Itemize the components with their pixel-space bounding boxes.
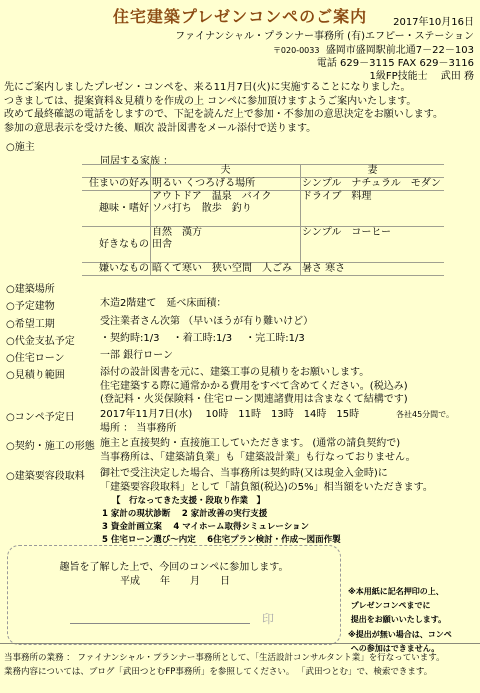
estimate-label: ○見積り範囲 (6, 366, 65, 381)
intro-text: 先にご案内しましたプレゼン・コンペを、来る11月7日(火)に実施することになりま… (4, 81, 443, 135)
schedule-value: 受注業者さん次第 （早いほうが有り難いけど） (100, 315, 313, 329)
site-label: ○建築場所 (6, 280, 55, 295)
footer-divider (0, 643, 480, 644)
address-text: 盛岡市盛岡駅前北通7－22－103 (326, 45, 474, 56)
estimate-value: 添付の設計図書を元に、建築工事の見積りをお願いします。 住宅建築する際に通常かか… (100, 366, 408, 407)
support-list: 【 行なってきた支援・段取り作業 】 1 家計の現状診断 2 家計改善の実行支援… (102, 495, 341, 547)
column-wife: 妻 (301, 165, 445, 178)
building-value: 木造2階建て 延べ床面積： (100, 297, 226, 311)
address: 〒020-0033 盛岡市盛岡駅前北通7－22－103 (273, 44, 474, 58)
building-label: ○予定建物 (6, 297, 55, 312)
footer-line: 当事務所の業務 ： ファイナンシャル・プランナー事務所として、「生活設計コンサル… (4, 651, 445, 665)
participation-sign-box: 趣旨を了解した上で、今回のコンペに参加します。 平成 年 月 日 印 (7, 545, 341, 645)
signature-line[interactable] (70, 623, 250, 624)
footer-line: 業務内容については、ブログ「武田つとむFP事務所」を参照してください。 「武田つ… (4, 665, 445, 679)
intro-line: 先にご案内しましたプレゼン・コンペを、来る11月7日(火)に実施することになりま… (4, 81, 443, 95)
schedule-label: ○希望工期 (6, 315, 55, 330)
support-item: 3 資金計画立案 4 マイホーム取得シミュレーション (102, 521, 341, 534)
payment-label: ○代金支払予定 (6, 332, 75, 347)
participation-statement: 趣旨を了解した上で、今回のコンペに参加します。 (8, 558, 340, 573)
fee-label: ○建築要容段取料 (6, 467, 85, 482)
footer: 当事務所の業務 ： ファイナンシャル・プランナー事務所として、「生活設計コンサル… (4, 651, 445, 679)
zip-code: 〒020-0033 (273, 46, 320, 55)
client-section-label: ○施主 (6, 138, 35, 153)
contract-label: ○契約・施工の形態 (6, 437, 95, 452)
seal-mark: 印 (262, 610, 274, 627)
table-header-row: 夫 妻 (82, 165, 444, 178)
intro-line: つきましては、提案資料＆見積りを作成の上 コンペに参加頂けますようご案内いたしま… (4, 95, 443, 109)
date-line: 平成 年 月 日 (120, 572, 230, 587)
company-name: ファイナンシャル・プランナー事務所 (有)エフピー・ステーション (175, 30, 474, 44)
compe-date-value: 2017年11月7日(水) 10時 11時 13時 14時 15時 場所 ： 当… (100, 408, 359, 435)
date: 2017年10月16日 (393, 16, 474, 30)
phone-fax: 電話 629－3115 FAX 629－3116 (317, 57, 474, 71)
support-item: 1 家計の現状診断 2 家計改善の実行支援 (102, 508, 341, 521)
fee-value: 御社で受注決定した場合、当事務所は契約時(又は現金入金時)に 「建築要容段取料」… (100, 467, 433, 494)
loan-label: ○住宅ローン (6, 349, 65, 364)
intro-line: 改めて最終確認の電話をしますので、下記を読んだ上で参加・不参加の意思決定をお願い… (4, 108, 443, 122)
column-husband: 夫 (151, 165, 301, 178)
table-row: 好きなもの 自然 漢方 田舎 シンプル コーヒー (82, 227, 444, 263)
contract-value: 施主と直接契約・直接施工していただきます。 (通常の請負契約で) 当事務所は、「… (100, 437, 416, 464)
table-row: 嫌いなもの 暗くて寒い 狭い空間 人ごみ 暑さ 寒さ (82, 263, 444, 276)
intro-line: 参加の意思表示を受けた後、順次 設計図書をメール添付で送ります。 (4, 122, 443, 136)
submission-notes: ※本用紙に記名押印の上、 プレゼンコンペまでに 提出をお願いいたします。 (348, 585, 446, 627)
table-row: 住まいの好み 明るい くつろげる場所 シンプル ナチュラル モダン (82, 178, 444, 191)
payment-value: ・契約時:1/3 ・着工時:1/3 ・完工時:1/3 (100, 332, 305, 346)
loan-value: 一部 銀行ローン (100, 349, 173, 363)
support-title: 【 行なってきた支援・段取り作業 】 (102, 495, 341, 508)
compe-duration-note: 各社45分間で。 (396, 409, 454, 420)
table-row: 趣味・嗜好 アウトドア 温泉 バイク ソバ打ち 散歩 釣り ドライブ 料理 (82, 191, 444, 227)
family-preferences-table: 夫 妻 住まいの好み 明るい くつろげる場所 シンプル ナチュラル モダン 趣味… (82, 164, 444, 276)
compe-date-label: ○コンペ予定日 (6, 408, 75, 423)
